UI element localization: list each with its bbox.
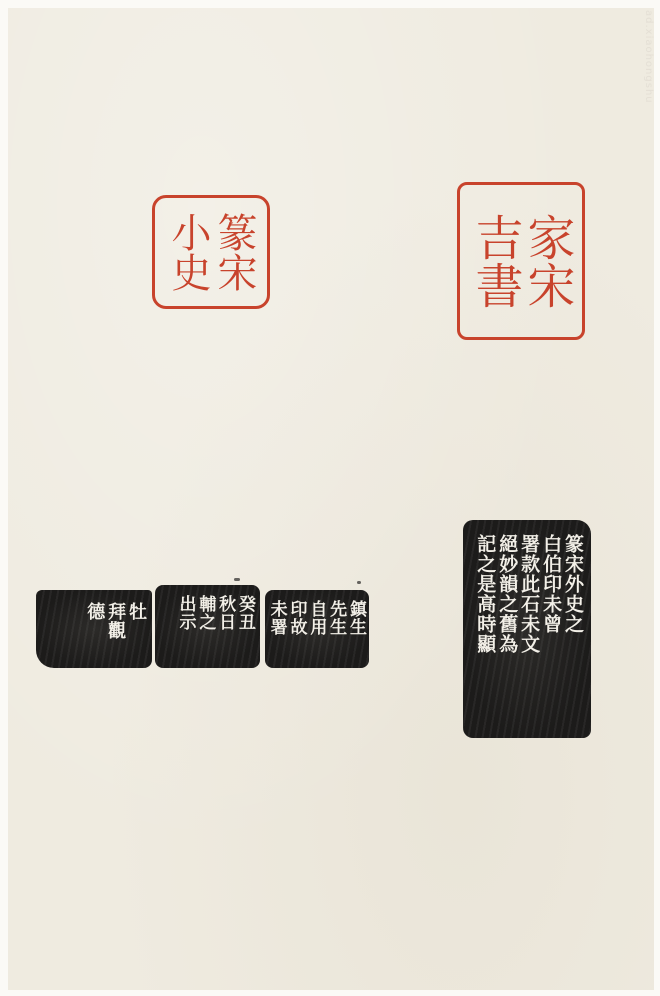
inscription-column: 秋日	[215, 595, 233, 631]
red-seal-square: 篆宋 小史	[152, 195, 270, 309]
inscription-column: 鎮生	[346, 600, 364, 636]
inscription-column: 記之是高時顯	[474, 534, 494, 654]
seal-column: 篆宋	[214, 212, 254, 292]
inscription-column: 癸丑	[235, 595, 253, 631]
inscription-column: 拜觀	[105, 602, 124, 640]
watermark-text: ad.xiaohongshu	[640, 10, 654, 120]
red-seal-rect: 家宋 吉書	[457, 182, 585, 340]
seal-column: 小史	[168, 212, 208, 292]
inscription-column: 印故	[287, 600, 305, 636]
inscription-column: 自用	[306, 600, 324, 636]
inscription-column: 德	[84, 602, 103, 621]
seal-column: 吉書	[471, 213, 519, 309]
inscription-rubbing-b: 癸丑 秋日 輔之 出示	[155, 585, 260, 668]
inscription-column: 白伯印未曾	[540, 534, 560, 634]
inscription-column: 篆宋外史之	[562, 534, 582, 634]
ink-speck	[357, 581, 361, 584]
inscription-column: 先生	[326, 600, 344, 636]
inscription-rubbing-c: 鎮生 先生 自用 印故 未署	[265, 590, 369, 668]
inscription-column: 署款此石未文	[518, 534, 538, 654]
inscription-column: 牡	[126, 602, 145, 621]
inscription-rubbing-a: 牡 拜觀 德	[36, 590, 152, 668]
seal-column: 家宋	[523, 213, 571, 309]
inscription-column: 輔之	[195, 595, 213, 631]
inscription-column: 未署	[267, 600, 285, 636]
ink-speck	[234, 578, 240, 581]
inscription-column: 絕妙韻之舊為	[496, 534, 516, 654]
inscription-column: 出示	[176, 595, 194, 631]
album-page	[8, 8, 654, 990]
inscription-rubbing-large: 篆宋外史之 白伯印未曾 署款此石未文 絕妙韻之舊為 記之是高時顯	[463, 520, 591, 738]
